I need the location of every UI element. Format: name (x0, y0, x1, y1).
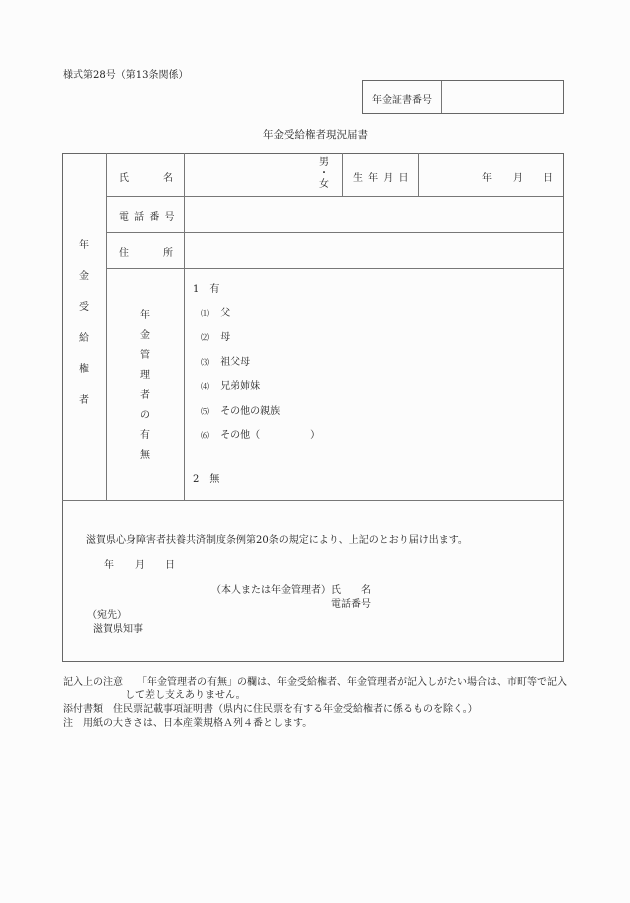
manager-option-grandparent[interactable]: ⑶ 祖父母 (201, 353, 250, 368)
signer-phone-field[interactable] (390, 592, 555, 608)
certificate-number-field[interactable] (443, 81, 563, 113)
addressee-label: （宛先） (87, 606, 127, 621)
pension-recipient-side-label: 年 金 受 給 権 者 (62, 236, 106, 406)
name-field[interactable] (186, 154, 311, 195)
certificate-number-label: 年金証書番号 (372, 91, 432, 106)
birth-day-unit: 日 (543, 169, 553, 184)
manager-option-other[interactable]: ⑹ その他（ ） (201, 426, 320, 441)
phone-field[interactable] (186, 197, 562, 231)
birthdate-field[interactable] (420, 154, 475, 195)
divider (62, 500, 564, 501)
divider (106, 268, 563, 269)
manager-option-no[interactable]: 2 無 (193, 470, 219, 485)
divider (342, 153, 343, 196)
pension-manager-label: 年 金 管 理 者 の 有 無 (106, 306, 184, 461)
signer-role: （本人または年金管理者） (211, 581, 331, 596)
manager-option-other-relative[interactable]: ⑸ その他の親族 (201, 402, 280, 417)
paper-size-note: 注 用紙の大きさは、日本産業規格Ａ列４番とします。 (63, 714, 312, 729)
caution-label: 記入上の注意 (63, 673, 123, 688)
birth-year-unit: 年 (482, 169, 492, 184)
manager-option-mother[interactable]: ⑵ 母 (201, 328, 230, 343)
birth-month-unit: 月 (513, 169, 523, 184)
address-field[interactable] (186, 233, 562, 267)
signer-name-label: 氏 名 (331, 581, 371, 596)
name-label: 氏名 (119, 169, 173, 184)
declaration-date-field[interactable] (100, 552, 180, 568)
divider (441, 81, 442, 113)
gender-female-option[interactable]: 女 (319, 179, 329, 190)
manager-option-father[interactable]: ⑴ 父 (201, 304, 230, 319)
certificate-number-box: 年金証書番号 (362, 80, 564, 114)
attachment-note: 添付書類 住民票記載事項証明書（県内に住民票を有する年金受給権者に係るものを除く… (63, 700, 478, 715)
address-label: 住所 (119, 244, 173, 259)
declaration-statement: 滋賀県心身障害者扶養共済制度条例第20条の規定により、上記のとおり届け出ます。 (86, 531, 468, 546)
addressee: 滋賀県知事 (93, 620, 143, 635)
gender-select[interactable]: 男 ・ 女 (314, 157, 334, 190)
phone-label: 電 話 番 号 (119, 208, 176, 223)
caution-text-line2: して差し支えありません。 (125, 686, 246, 701)
manager-option-yes[interactable]: 1 有 (193, 280, 219, 295)
birthdate-label: 生 年 月 日 (353, 169, 410, 184)
gender-male-option[interactable]: 男 (319, 157, 329, 168)
divider (184, 153, 185, 500)
form-number: 様式第28号（第13条関係） (63, 66, 188, 81)
page-title: 年金受給権者現況届書 (263, 127, 368, 142)
manager-option-sibling[interactable]: ⑷ 兄弟姉妹 (201, 377, 260, 392)
divider (418, 153, 419, 196)
signer-phone-label: 電話番号 (331, 595, 371, 610)
